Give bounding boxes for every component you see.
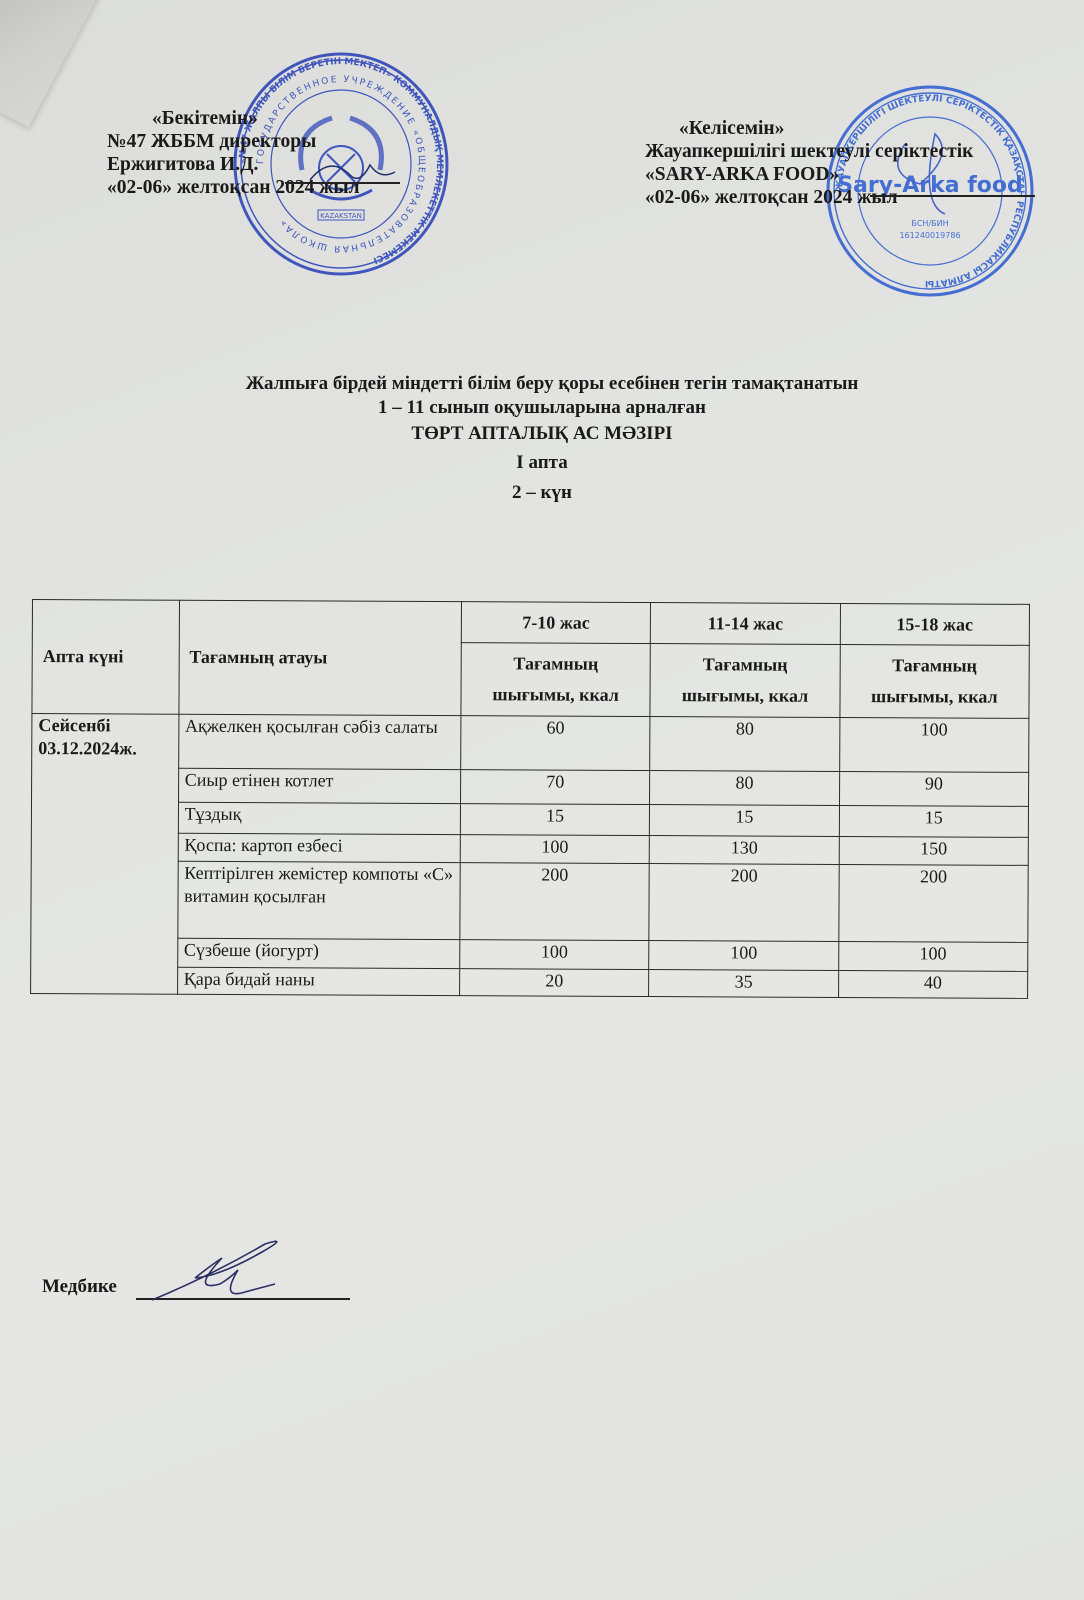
kcal-11-14: 35 — [649, 970, 838, 998]
kcal-15-18: 40 — [838, 970, 1027, 998]
kcal-15-18: 100 — [839, 717, 1029, 772]
nurse-label: Медбике — [42, 1276, 117, 1298]
kcal-7-10: 70 — [460, 770, 649, 805]
header-dish: Тағамның атауы — [179, 600, 462, 715]
header-unit: Тағамныңшығымы, ккал — [650, 644, 840, 718]
table-header-row: Апта күні Тағамның атауы 7-10 жас 11-14 … — [32, 600, 1029, 646]
kcal-11-14: 200 — [649, 864, 839, 942]
header-age-7-10: 7-10 жас — [461, 602, 651, 644]
approval-right-company-name: «SARY-ARKA FOOD» — [645, 163, 973, 186]
kcal-11-14: 130 — [650, 836, 839, 865]
kcal-15-18: 200 — [838, 864, 1028, 942]
header-day: Апта күні — [32, 600, 179, 715]
director-signature — [300, 150, 410, 190]
table-row: Сейсенбі03.12.2024ж. Ақжелкен қосылған с… — [32, 714, 1029, 773]
svg-text:KAZAKSTAN: KAZAKSTAN — [320, 212, 362, 220]
kcal-15-18: 150 — [839, 836, 1028, 865]
kcal-15-18: 15 — [839, 805, 1029, 837]
week-label: І апта — [0, 448, 1084, 478]
kcal-11-14: 15 — [650, 805, 839, 837]
dish-name: Ақжелкен қосылған сәбіз салаты — [178, 714, 461, 769]
dish-name: Қоспа: картоп езбесі — [178, 833, 460, 862]
svg-text:161240019786: 161240019786 — [899, 231, 960, 240]
header-age-15-18: 15-18 жас — [840, 603, 1030, 645]
table-row: Тұздық 15 15 15 — [31, 802, 1028, 838]
kcal-11-14: 100 — [649, 941, 838, 971]
header-unit: Тағамныңшығымы, ккал — [840, 644, 1030, 718]
menu-table: Апта күні Тағамның атауы 7-10 жас 11-14 … — [30, 599, 1030, 999]
kcal-15-18: 90 — [839, 771, 1029, 806]
approval-right-heading: «Келісемін» — [645, 117, 973, 140]
kcal-7-10: 100 — [460, 835, 649, 864]
title-line-3: ТӨРТ АПТАЛЫҚ АС МӘЗІРІ — [0, 420, 1084, 448]
kcal-7-10: 200 — [460, 863, 650, 941]
day-cell: Сейсенбі03.12.2024ж. — [31, 714, 179, 995]
dish-name: Тұздық — [178, 802, 460, 834]
title-line-1: Жалпыға бірдей міндетті білім беру қоры … — [0, 372, 1084, 396]
document-page: «№47 ЖАЛПЫ БІЛІМ БЕРЕТІН МЕКТЕП» КОММУНА… — [0, 0, 1084, 1600]
dish-name: Қара бидай наны — [177, 967, 459, 995]
dish-name: Сиыр етінен котлет — [178, 768, 461, 803]
supplier-signature-line — [870, 195, 1035, 197]
header-unit: Тағамныңшығымы, ккал — [461, 643, 651, 717]
header-age-11-14: 11-14 жас — [651, 603, 841, 645]
kcal-7-10: 15 — [460, 804, 649, 836]
dish-name: Сүзбеше (йогурт) — [177, 938, 459, 968]
kcal-11-14: 80 — [650, 717, 840, 772]
approval-right-date: «02-06» желтоқсан 2024 жыл — [645, 186, 973, 209]
kcal-7-10: 100 — [460, 940, 649, 970]
kcal-7-10: 20 — [460, 969, 649, 997]
svg-text:БСН/БИН: БСН/БИН — [911, 219, 948, 228]
dish-name: Кептірілген жемістер компоты «С» витамин… — [177, 861, 460, 939]
day-label: 2 – күн — [0, 478, 1084, 508]
table-row: Қара бидай наны 20 35 40 — [31, 966, 1028, 998]
table-row: Сиыр етінен котлет 70 80 90 — [32, 768, 1029, 807]
kcal-7-10: 60 — [461, 716, 651, 771]
page-fold-shadow — [0, 0, 99, 127]
title-line-2: 1 – 11 сынып оқушыларына арналған — [0, 396, 1084, 420]
document-title: Жалпыға бірдей міндетті білім беру қоры … — [0, 372, 1084, 508]
nurse-signature — [150, 1236, 300, 1306]
approval-left-heading: «Бекітемін» — [107, 107, 360, 130]
table-row: Кептірілген жемістер компоты «С» витамин… — [31, 860, 1028, 942]
approval-right-company-type: Жауапкершілігі шектеулі серіктестік — [645, 140, 973, 163]
kcal-11-14: 80 — [650, 771, 839, 806]
kcal-15-18: 100 — [838, 941, 1027, 971]
